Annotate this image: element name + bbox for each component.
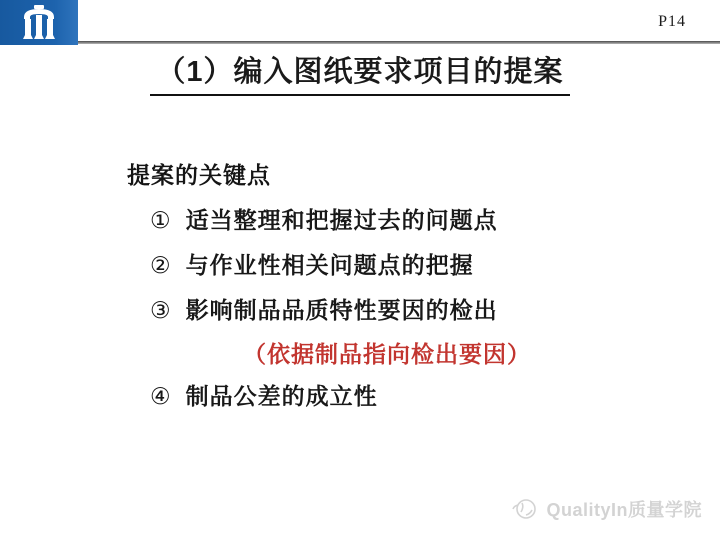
item-number-1: ① (150, 207, 172, 233)
brand-watermark: QualityIn质量学院 (510, 494, 702, 524)
item-number-4: ④ (150, 383, 172, 409)
item-text-1: 适当整理和把握过去的问题点 (186, 207, 498, 233)
logo (0, 0, 78, 45)
slide: P14 （1）编入图纸要求项目的提案 提案的关键点 ①适当整理和把握过去的问题点… (0, 0, 720, 540)
item-number-3: ③ (150, 297, 172, 323)
list-item-3: ③影响制品品质特性要因的检出 (150, 292, 498, 325)
gate-icon (22, 5, 56, 41)
quality-in-logo-icon (510, 494, 540, 524)
list-item-1: ①适当整理和把握过去的问题点 (150, 202, 498, 235)
header-divider (0, 41, 720, 44)
body-heading: 提案的关键点 (127, 157, 271, 190)
item-text-4: 制品公差的成立性 (186, 383, 378, 409)
slide-title: （1）编入图纸要求项目的提案 (0, 49, 720, 96)
list-item-4: ④制品公差的成立性 (150, 378, 378, 411)
item-text-2: 与作业性相关问题点的把握 (186, 252, 474, 278)
page-number: P14 (658, 13, 686, 31)
item-text-3: 影响制品品质特性要因的检出 (186, 297, 498, 323)
item-number-2: ② (150, 252, 172, 278)
slide-title-text: （1）编入图纸要求项目的提案 (150, 49, 569, 96)
red-note: （依据制品指向检出要因） (243, 336, 531, 369)
brand-text: QualityIn质量学院 (546, 496, 702, 522)
list-item-2: ②与作业性相关问题点的把握 (150, 247, 474, 280)
